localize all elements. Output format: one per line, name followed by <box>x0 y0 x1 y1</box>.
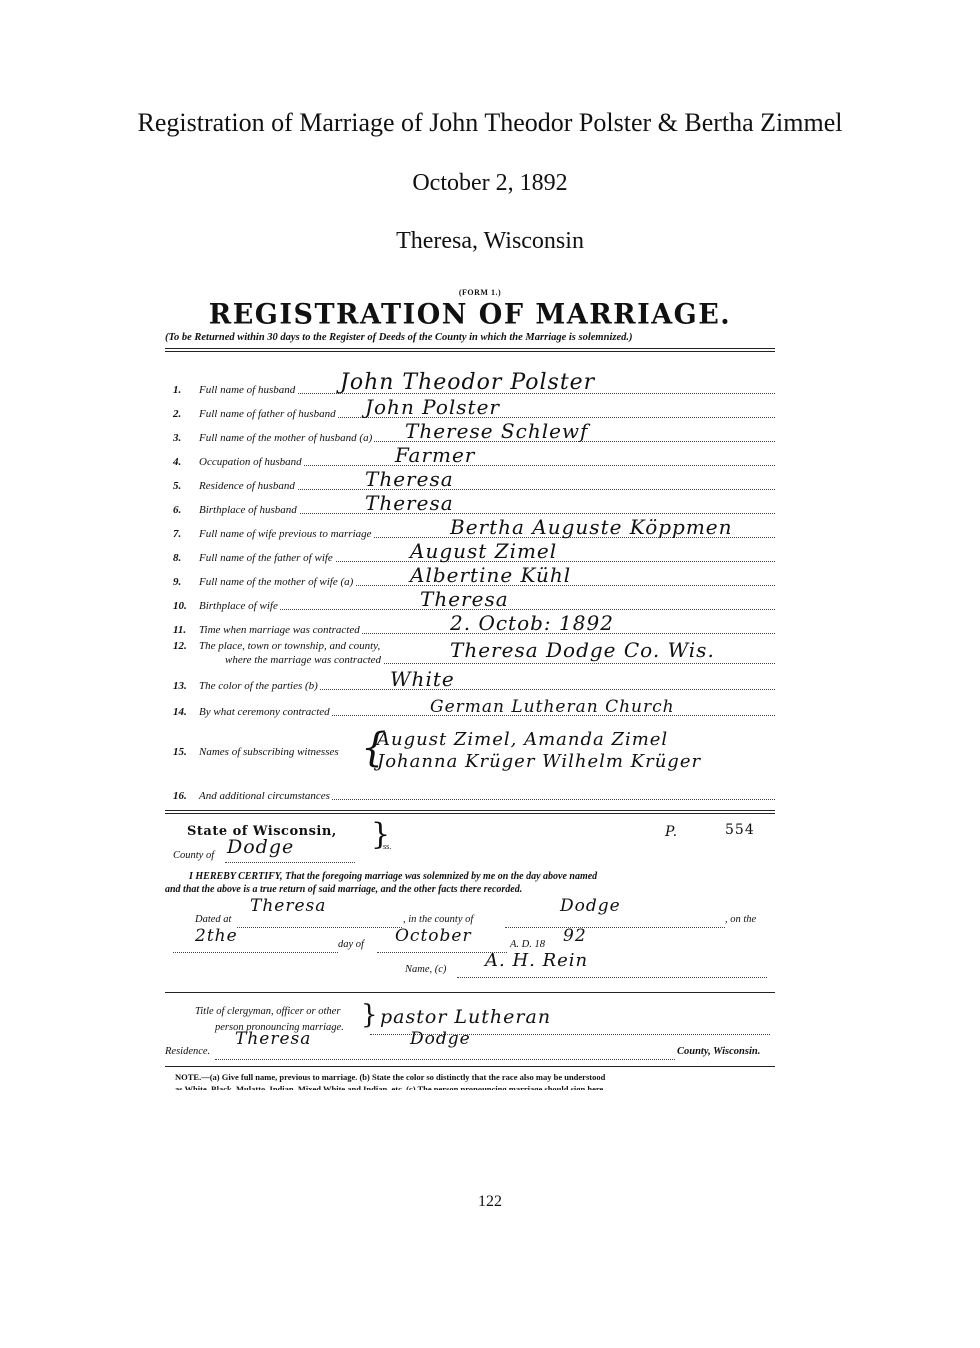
handwritten-value: Therese Schlewf <box>405 419 588 443</box>
field-witnesses: 15. Names of subscribing witnesses { Aug… <box>165 722 775 776</box>
dated-county-value: Dodge <box>560 896 621 916</box>
handwritten-value: Johanna Krüger Wilhelm Krüger <box>377 751 701 772</box>
form-heading: REGISTRATION OF MARRIAGE. <box>165 298 775 331</box>
footnote-1: NOTE.—(a) Give full name, previous to ma… <box>175 1071 775 1083</box>
certify-line-1: I HEREBY CERTIFY, That the foregoing mar… <box>175 870 775 883</box>
handwritten-value: August Zimel <box>410 539 557 563</box>
residence-value: Theresa <box>235 1029 311 1049</box>
handwritten-value: Farmer <box>395 443 475 467</box>
field-husband-residence: 5. Residence of husband Theresa <box>165 470 775 494</box>
handwritten-value: White <box>390 667 455 691</box>
field-marriage-time: 11. Time when marriage was contracted 2.… <box>165 614 775 638</box>
field-husband-occupation: 4. Occupation of husband Farmer <box>165 446 775 470</box>
header-rule <box>165 348 775 352</box>
footnote-2: as White, Black, Mulatto, Indian, Mixed … <box>175 1083 775 1090</box>
register-mark: P. <box>665 824 678 840</box>
marriage-place: Theresa, Wisconsin <box>0 228 980 255</box>
day-value: 2the <box>195 926 238 946</box>
year-value: 92 <box>563 926 587 946</box>
handwritten-value: 2. Octob: 1892 <box>450 611 614 635</box>
month-value: October <box>395 926 472 946</box>
handwritten-value: Theresa <box>365 491 454 515</box>
field-ceremony: 14. By what ceremony contracted German L… <box>165 696 775 720</box>
section-divider <box>165 810 775 814</box>
certify-line-2: and that the above is a true return of s… <box>165 883 765 896</box>
handwritten-value: German Lutheran Church <box>430 697 675 717</box>
handwritten-value: John Theodor Polster <box>340 370 595 395</box>
registration-form: (FORM 1.) REGISTRATION OF MARRIAGE. (To … <box>165 288 775 352</box>
dated-at-value: Theresa <box>250 896 326 916</box>
form-number: (FORM 1.) <box>185 288 775 297</box>
brace-icon: } <box>361 1002 378 1028</box>
officiant-title-value: pastor Lutheran <box>380 1006 551 1028</box>
residence-county-value: Dodge <box>410 1029 471 1049</box>
field-marriage-place: 12. The place, town or township, and cou… <box>165 638 775 668</box>
handwritten-value: August Zimel, Amanda Zimel <box>377 729 668 750</box>
marriage-date: October 2, 1892 <box>0 170 980 197</box>
handwritten-value: Theresa Dodge Co. Wis. <box>450 638 715 662</box>
field-color-of-parties: 13. The color of the parties (b) White <box>165 670 775 694</box>
handwritten-value: Theresa <box>365 467 454 491</box>
handwritten-value: Theresa <box>420 587 509 611</box>
form-fields: 1. Full name of husband John Theodor Pol… <box>165 374 775 1194</box>
county-label: County of <box>173 850 214 861</box>
page-number: 122 <box>0 1193 980 1211</box>
handwritten-value: John Polster <box>365 395 500 419</box>
handwritten-value: Bertha Auguste Köppmen <box>450 515 733 539</box>
officiant-signature: A. H. Rein <box>485 950 588 971</box>
form-subheading: (To be Returned within 30 days to the Re… <box>165 332 775 343</box>
field-additional-circumstances: 16. And additional circumstances <box>165 780 775 804</box>
document-title: Registration of Marriage of John Theodor… <box>0 108 980 138</box>
register-number: 554 <box>725 822 755 838</box>
county-value: Dodge <box>227 836 294 858</box>
handwritten-value: Albertine Kühl <box>410 563 571 587</box>
